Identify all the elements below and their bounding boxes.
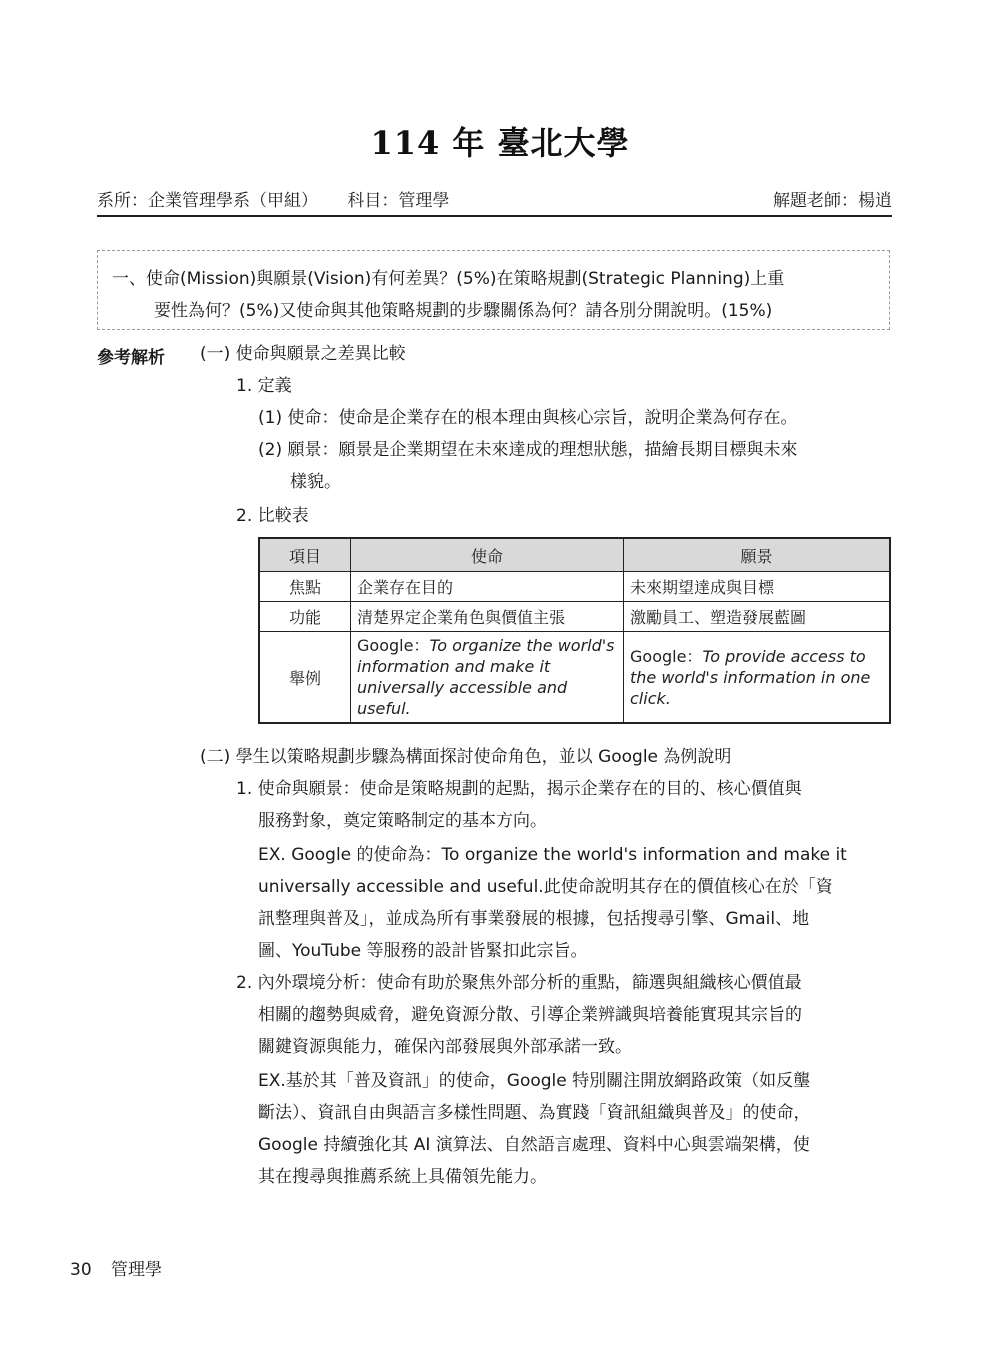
table-header: 願景 [624, 538, 891, 572]
table-cell: 舉例 [259, 632, 351, 724]
page-footer: 30 管理學 [70, 1255, 162, 1280]
table-cell-mission-example: Google：To organize the world's informati… [351, 632, 624, 724]
paragraph-line: 2. 內外環境分析：使命有助於聚焦外部分析的重點，篩選與組織核心價值最 [236, 967, 802, 999]
paragraph-line: Google 持續強化其 AI 演算法、自然語言處理、資料中心與雲端架構，使 [258, 1129, 810, 1161]
paragraph-line: 服務對象，奠定策略制定的基本方向。 [258, 805, 547, 837]
page-number: 30 [70, 1260, 92, 1280]
teacher-label: 解題老師：楊逍 [773, 186, 892, 211]
paragraph-line: 1. 使命與願景：使命是策略規劃的起點，揭示企業存在的目的、核心價值與 [236, 773, 802, 805]
definition-vision: (2) 願景：願景是企業期望在未來達成的理想狀態，描繪長期目標與未來 [258, 434, 797, 466]
table-cell: 功能 [259, 602, 351, 632]
table-row: 舉例 Google：To organize the world's inform… [259, 632, 890, 724]
question-box: 一、使命(Mission)與願景(Vision)有何差異？(5%)在策略規劃(S… [97, 250, 890, 330]
paragraph-line: 圖、YouTube 等服務的設計皆緊扣此宗旨。 [258, 935, 588, 967]
sub-heading: 1. 定義 [236, 370, 292, 402]
definition-vision-cont: 樣貌。 [290, 466, 341, 498]
table-cell: 激勵員工、塑造發展藍圖 [624, 602, 891, 632]
book-title: 管理學 [111, 1260, 162, 1280]
table-cell: 企業存在目的 [351, 572, 624, 602]
table-row: 焦點 企業存在目的 未來期望達成與目標 [259, 572, 890, 602]
section-heading: (二) 學生以策略規劃步驟為構面探討使命角色，並以 Google 為例說明 [200, 741, 731, 773]
paragraph-line: 關鍵資源與能力，確保內部發展與外部承諾一致。 [258, 1031, 632, 1063]
question-line: 要性為何？(5%)又使命與其他策略規劃的步驟關係為何？請各別分開說明。(15%) [112, 295, 875, 327]
example-prefix: Google： [357, 636, 429, 655]
table-cell: 未來期望達成與目標 [624, 572, 891, 602]
table-row: 功能 清楚界定企業角色與價值主張 激勵員工、塑造發展藍圖 [259, 602, 890, 632]
department-label: 系所：企業管理學系（甲組） [97, 191, 318, 211]
table-header-row: 項目 使命 願景 [259, 538, 890, 572]
paragraph-line: 訊整理與普及」，並成為所有事業發展的根據，包括搜尋引擎、Gmail、地 [258, 903, 809, 935]
paragraph-line: universally accessible and useful.此使命說明其… [258, 871, 833, 903]
paragraph-line: 其在搜尋與推薦系統上具備領先能力。 [258, 1161, 547, 1193]
table-cell: 焦點 [259, 572, 351, 602]
section-heading: (一) 使命與願景之差異比較 [200, 338, 406, 370]
question-line: 一、使命(Mission)與願景(Vision)有何差異？(5%)在策略規劃(S… [112, 263, 875, 295]
paragraph-line: EX. Google 的使命為：To organize the world's … [258, 839, 847, 871]
table-header: 項目 [259, 538, 351, 572]
paragraph-line: 斷法）、資訊自由與語言多樣性問題、為實踐「資訊組織與普及」的使命， [258, 1097, 811, 1129]
sub-heading: 2. 比較表 [236, 500, 309, 532]
table-cell-vision-example: Google：To provide access to the world's … [624, 632, 891, 724]
paragraph-line: 相關的趨勢與威脅，避免資源分散、引導企業辨識與培養能實現其宗旨的 [258, 999, 802, 1031]
answer-label: 參考解析 [97, 343, 165, 368]
paragraph-line: EX.基於其「普及資訊」的使命，Google 特別關注開放網路政策（如反壟 [258, 1065, 810, 1097]
example-prefix: Google： [630, 647, 702, 666]
subject-label: 科目：管理學 [347, 191, 449, 211]
exam-meta: 系所：企業管理學系（甲組） 科目：管理學 解題老師：楊逍 [97, 186, 892, 217]
table-header: 使命 [351, 538, 624, 572]
table-cell: 清楚界定企業角色與價值主張 [351, 602, 624, 632]
page-title: 114 年 臺北大學 [0, 118, 1000, 164]
comparison-table: 項目 使命 願景 焦點 企業存在目的 未來期望達成與目標 功能 清楚界定企業角色… [258, 537, 891, 724]
definition-mission: (1) 使命：使命是企業存在的根本理由與核心宗旨，說明企業為何存在。 [258, 402, 797, 434]
